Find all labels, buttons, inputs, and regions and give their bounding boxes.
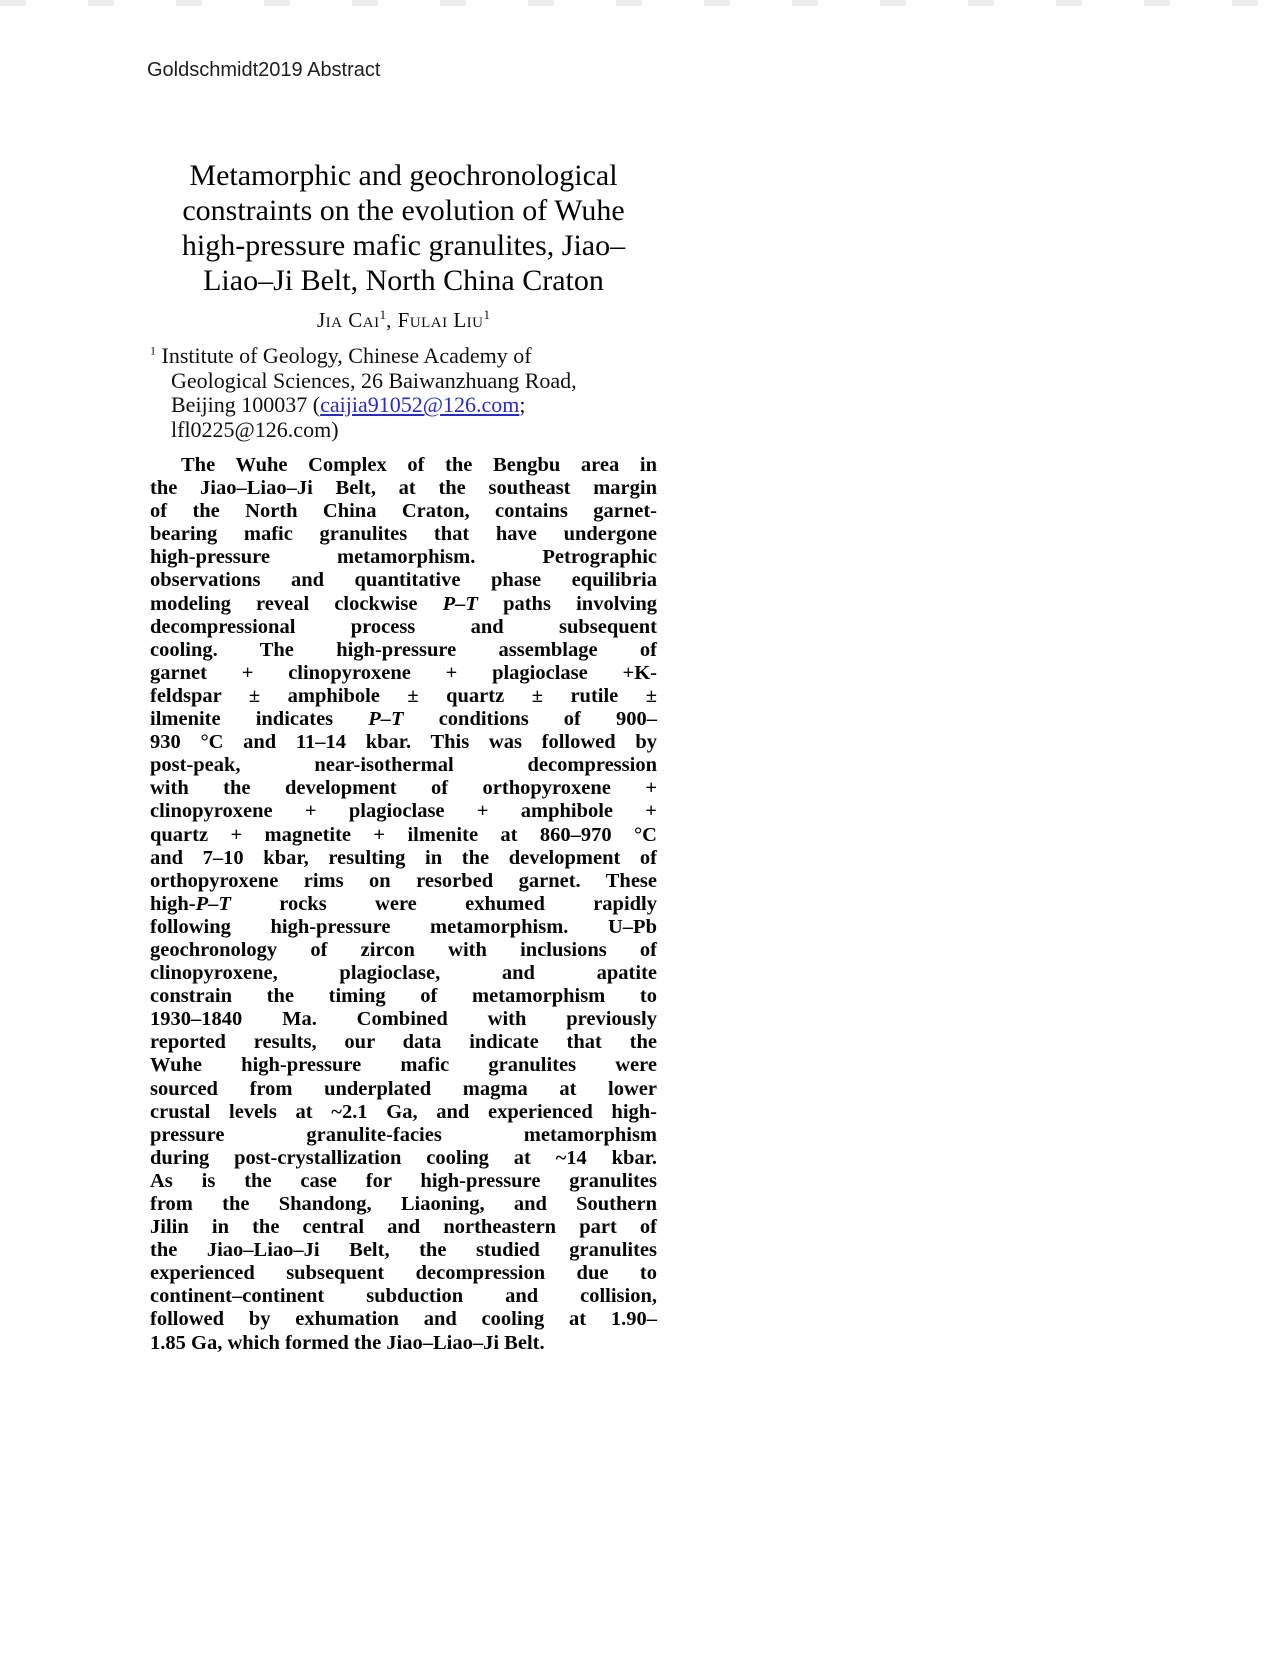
title-line: Liao–Ji Belt, North China Craton xyxy=(150,263,657,298)
page-top-edge-dashes xyxy=(0,0,1280,6)
abstract-line: reported results, our data indicate that… xyxy=(150,1031,657,1054)
content-column: Metamorphic and geochronological constra… xyxy=(150,158,657,1355)
email-link[interactable]: caijia91052@126.com xyxy=(320,392,519,417)
abstract-line: geochronology of zircon with inclusions … xyxy=(150,939,657,962)
affiliation-line: 1 Institute of Geology, Chinese Academy … xyxy=(150,344,657,369)
abstract-line: following high-pressure metamorphism. U–… xyxy=(150,916,657,939)
abstract-line: 930 °C and 11–14 kbar. This was followed… xyxy=(150,731,657,754)
abstract-line: Wuhe high-pressure mafic granulites were xyxy=(150,1054,657,1077)
abstract-line: and 7–10 kbar, resulting in the developm… xyxy=(150,847,657,870)
affiliation-line: Beijing 100037 (caijia91052@126.com; xyxy=(150,393,657,418)
abstract-line: 1930–1840 Ma. Combined with previously xyxy=(150,1008,657,1031)
abstract-line: ilmenite indicates P–T conditions of 900… xyxy=(150,708,657,731)
abstract-line: modeling reveal clockwise P–T paths invo… xyxy=(150,593,657,616)
abstract-line: orthopyroxene rims on resorbed garnet. T… xyxy=(150,870,657,893)
abstract-line: continent–continent subduction and colli… xyxy=(150,1285,657,1308)
abstract-line: quartz + magnetite + ilmenite at 860–970… xyxy=(150,824,657,847)
abstract-line: post-peak, near-isothermal decompression xyxy=(150,754,657,777)
paper-title: Metamorphic and geochronological constra… xyxy=(150,158,657,298)
author-list: Jia Cai1, Fulai Liu1 xyxy=(150,308,657,332)
abstract-body: The Wuhe Complex of the Bengbu area inth… xyxy=(150,454,657,1355)
abstract-line: crustal levels at ~2.1 Ga, and experienc… xyxy=(150,1101,657,1124)
title-line: constraints on the evolution of Wuhe xyxy=(150,193,657,228)
abstract-line: decompressional process and subsequent xyxy=(150,616,657,639)
abstract-line: of the North China Craton, contains garn… xyxy=(150,500,657,523)
abstract-line: feldspar ± amphibole ± quartz ± rutile ± xyxy=(150,685,657,708)
affiliation: 1 Institute of Geology, Chinese Academy … xyxy=(150,344,657,442)
abstract-line: observations and quantitative phase equi… xyxy=(150,569,657,592)
abstract-line: followed by exhumation and cooling at 1.… xyxy=(150,1308,657,1331)
affiliation-line: Geological Sciences, 26 Baiwanzhuang Roa… xyxy=(150,369,657,394)
abstract-line: high-pressure metamorphism. Petrographic xyxy=(150,546,657,569)
abstract-line: cooling. The high-pressure assemblage of xyxy=(150,639,657,662)
running-header: Goldschmidt2019 Abstract xyxy=(147,59,380,82)
abstract-line: constrain the timing of metamorphism to xyxy=(150,985,657,1008)
abstract-line: bearing mafic granulites that have under… xyxy=(150,523,657,546)
abstract-line: from the Shandong, Liaoning, and Souther… xyxy=(150,1193,657,1216)
abstract-line: Jilin in the central and northeastern pa… xyxy=(150,1216,657,1239)
abstract-line: the Jiao–Liao–Ji Belt, at the southeast … xyxy=(150,477,657,500)
abstract-line: As is the case for high-pressure granuli… xyxy=(150,1170,657,1193)
abstract-line: pressure granulite-facies metamorphism xyxy=(150,1124,657,1147)
abstract-line: sourced from underplated magma at lower xyxy=(150,1078,657,1101)
abstract-line: clinopyroxene + plagioclase + amphibole … xyxy=(150,800,657,823)
abstract-line: during post-crystallization cooling at ~… xyxy=(150,1147,657,1170)
abstract-line: the Jiao–Liao–Ji Belt, the studied granu… xyxy=(150,1239,657,1262)
abstract-line: with the development of orthopyroxene + xyxy=(150,777,657,800)
title-line: Metamorphic and geochronological xyxy=(150,158,657,193)
abstract-line: The Wuhe Complex of the Bengbu area in xyxy=(150,454,657,477)
abstract-line: clinopyroxene, plagioclase, and apatite xyxy=(150,962,657,985)
abstract-line: high-P–T rocks were exhumed rapidly xyxy=(150,893,657,916)
title-line: high-pressure mafic granulites, Jiao– xyxy=(150,228,657,263)
abstract-line: garnet + clinopyroxene + plagioclase +K- xyxy=(150,662,657,685)
abstract-line: 1.85 Ga, which formed the Jiao–Liao–Ji B… xyxy=(150,1332,657,1355)
document-page: Goldschmidt2019 Abstract Metamorphic and… xyxy=(0,0,1280,1656)
affiliation-line: lfl0225@126.com) xyxy=(150,418,657,443)
abstract-line: experienced subsequent decompression due… xyxy=(150,1262,657,1285)
